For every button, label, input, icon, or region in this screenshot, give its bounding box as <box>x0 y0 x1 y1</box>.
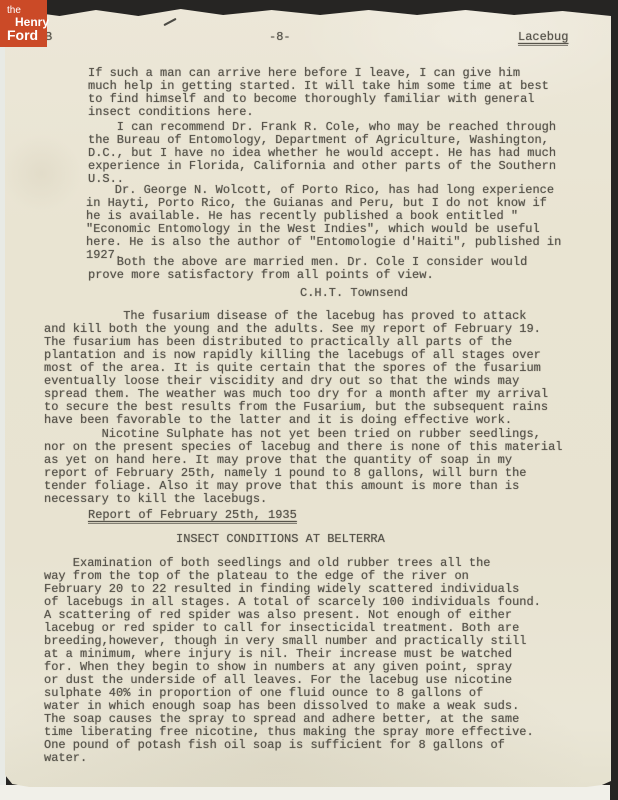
scanned-document-page: the Henry Ford B -8- Lacebug If such a m… <box>0 0 618 800</box>
henry-ford-logo: the Henry Ford <box>0 0 47 47</box>
section-heading-belterra: INSECT CONDITIONS AT BELTERRA <box>176 533 385 546</box>
paragraph-married-men: Both the above are married men. Dr. Cole… <box>88 256 527 282</box>
report-date-heading: Report of February 25th, 1935 <box>88 509 297 524</box>
doc-label-lacebug: Lacebug <box>518 31 568 46</box>
paragraph-arrival-help: If such a man can arrive here before I l… <box>88 67 549 119</box>
paragraph-wolcott: Dr. George N. Wolcott, of Porto Rico, ha… <box>86 184 561 262</box>
logo-word-ford: Ford <box>7 27 38 43</box>
page-number: -8- <box>269 31 291 44</box>
paragraph-nicotine-sulphate: Nicotine Sulphate has not yet been tried… <box>44 428 562 506</box>
paragraph-fusarium-disease: The fusarium disease of the lacebug has … <box>44 310 548 427</box>
scan-background-bottom-edge <box>0 785 610 800</box>
paragraph-examination-belterra: Examination of both seedlings and old ru… <box>44 557 541 765</box>
signature-townsend: C.H.T. Townsend <box>300 287 408 300</box>
paragraph-recommend-cole: I can recommend Dr. Frank R. Cole, who m… <box>88 121 556 186</box>
